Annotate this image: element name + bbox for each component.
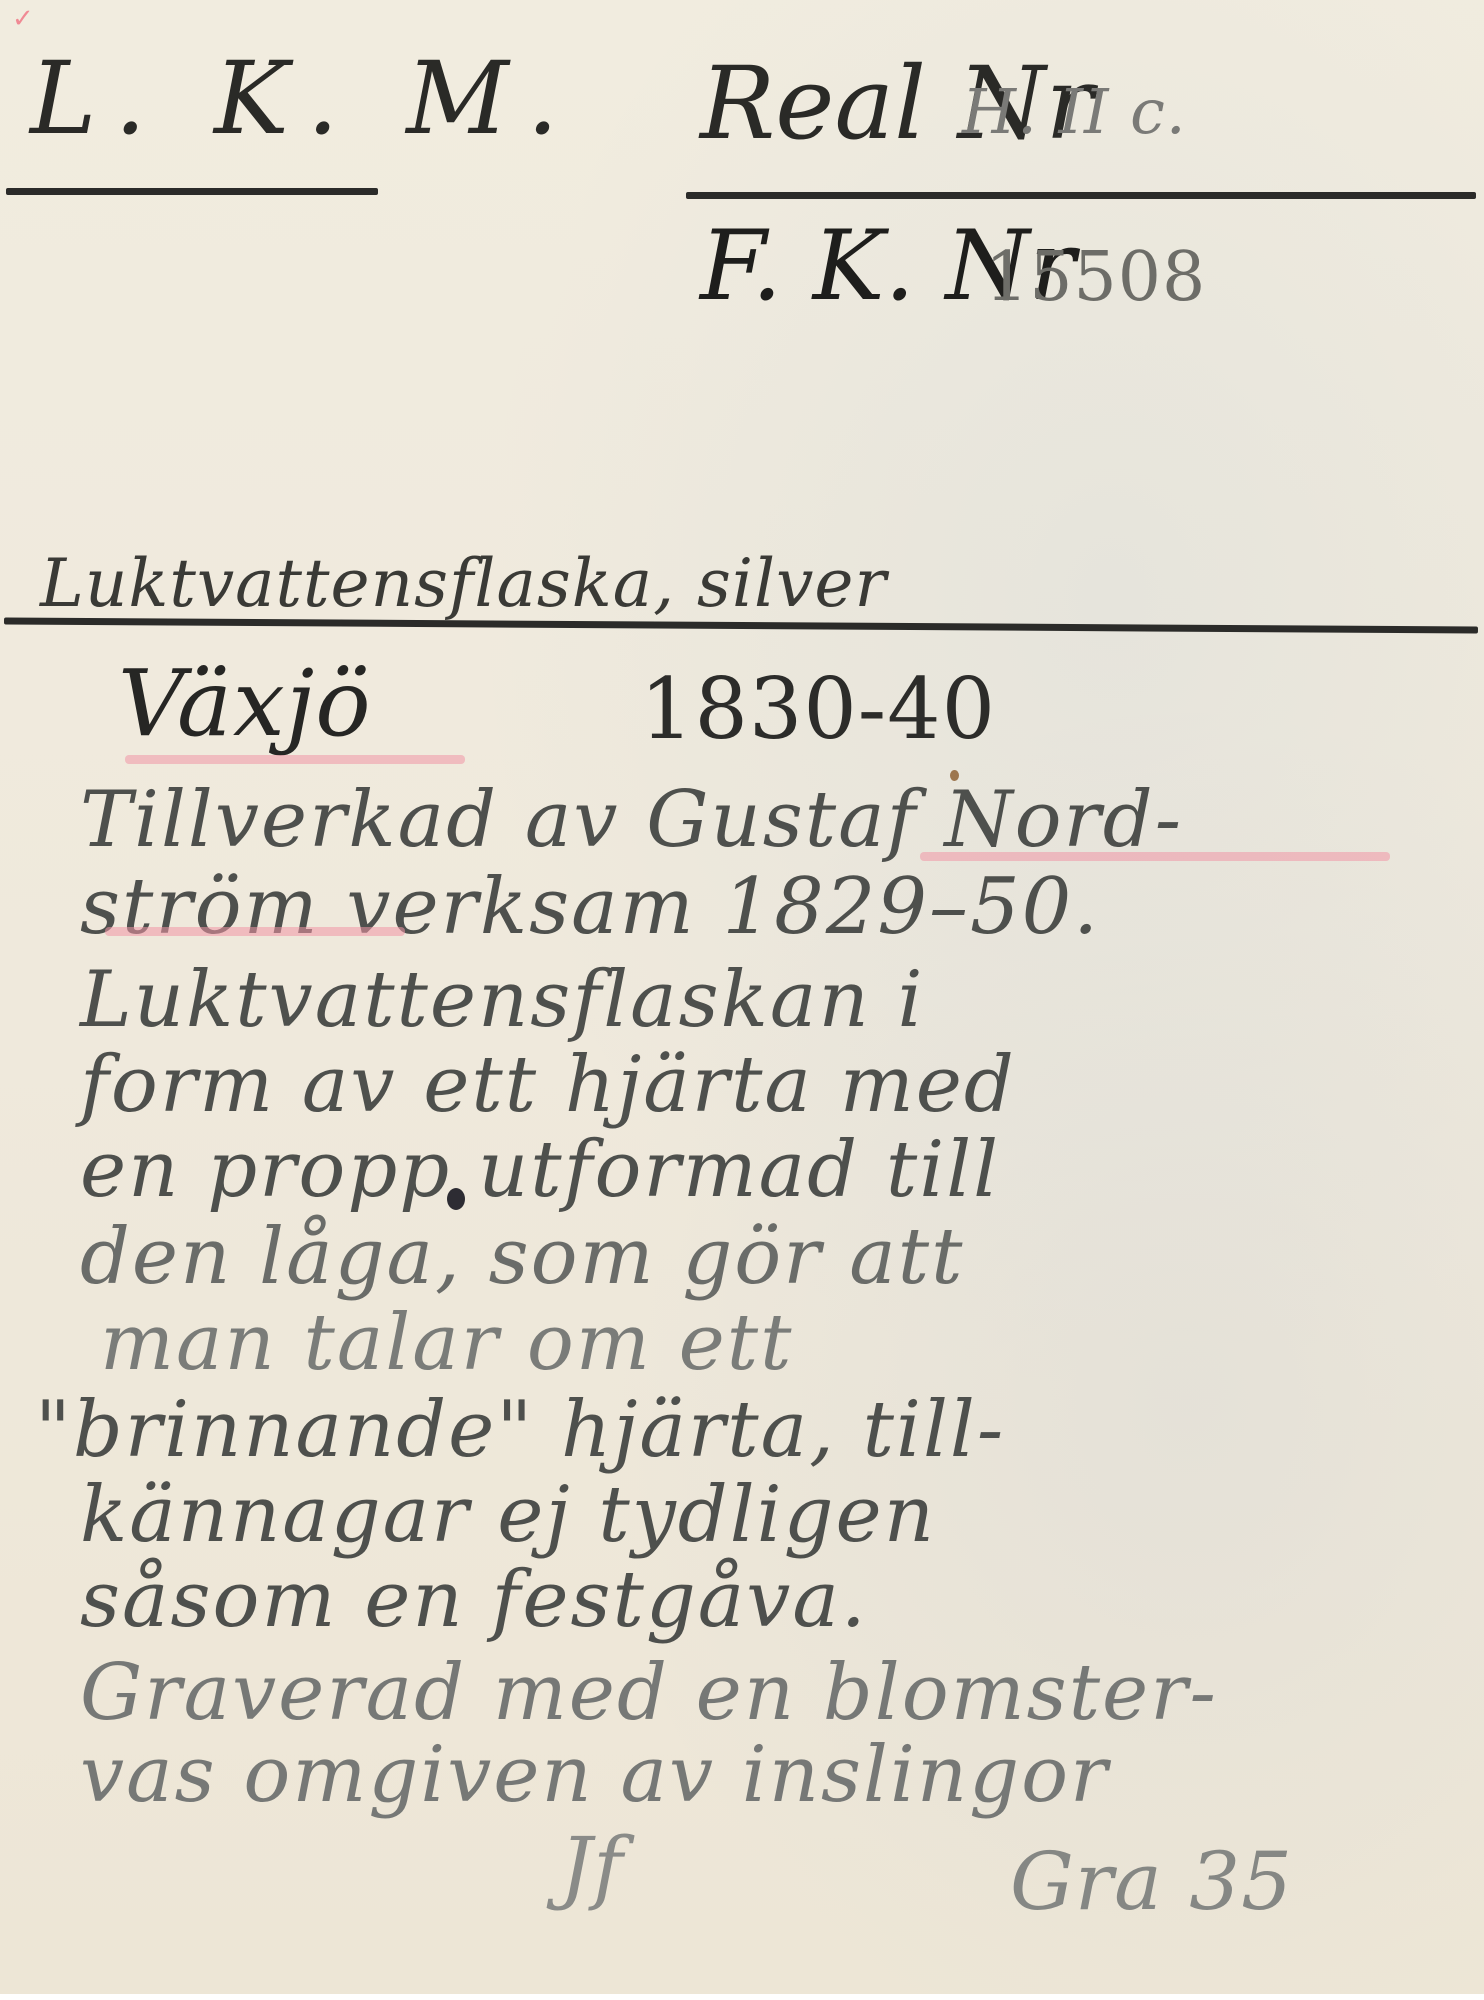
object-title: Luktvattensflaska, silver (40, 545, 887, 622)
real-nr-value: H. II c. (962, 75, 1187, 148)
header-rule-right (686, 192, 1476, 199)
description-line: ström verksam 1829–50. (80, 862, 1100, 952)
description-line: såsom en festgåva. (80, 1555, 868, 1645)
description-line: Luktvattensflaskan i (80, 955, 924, 1045)
description-line: man talar om ett (100, 1298, 793, 1388)
description-line: en propp utformad till (80, 1125, 1000, 1215)
signature: Gra 35 (1010, 1835, 1293, 1928)
check-mark-icon: ✓ (12, 4, 34, 34)
fk-nr-value: 15508 (985, 238, 1206, 317)
description-line: kännagar ej tydligen (80, 1470, 936, 1560)
name-pink-underline-2 (105, 927, 405, 936)
description-line: vas omgiven av inslingor (80, 1730, 1109, 1820)
scan-edge (0, 1994, 1484, 2000)
header-rule-left (6, 188, 378, 195)
institution-abbrev: L. K. M. (30, 40, 576, 157)
description-line: form av ett hjärta med (80, 1040, 1016, 1130)
place: Växjö (118, 650, 372, 757)
description-line: "brinnande" hjärta, till- (35, 1385, 1005, 1475)
name-pink-underline (920, 852, 1390, 861)
initials-mark: Jf (560, 1820, 624, 1913)
place-pink-underline (125, 755, 465, 764)
date: 1830-40 (640, 660, 996, 758)
description-line: den låga, som gör att (80, 1212, 965, 1302)
description-line: Graverad med en blomster- (80, 1648, 1218, 1738)
